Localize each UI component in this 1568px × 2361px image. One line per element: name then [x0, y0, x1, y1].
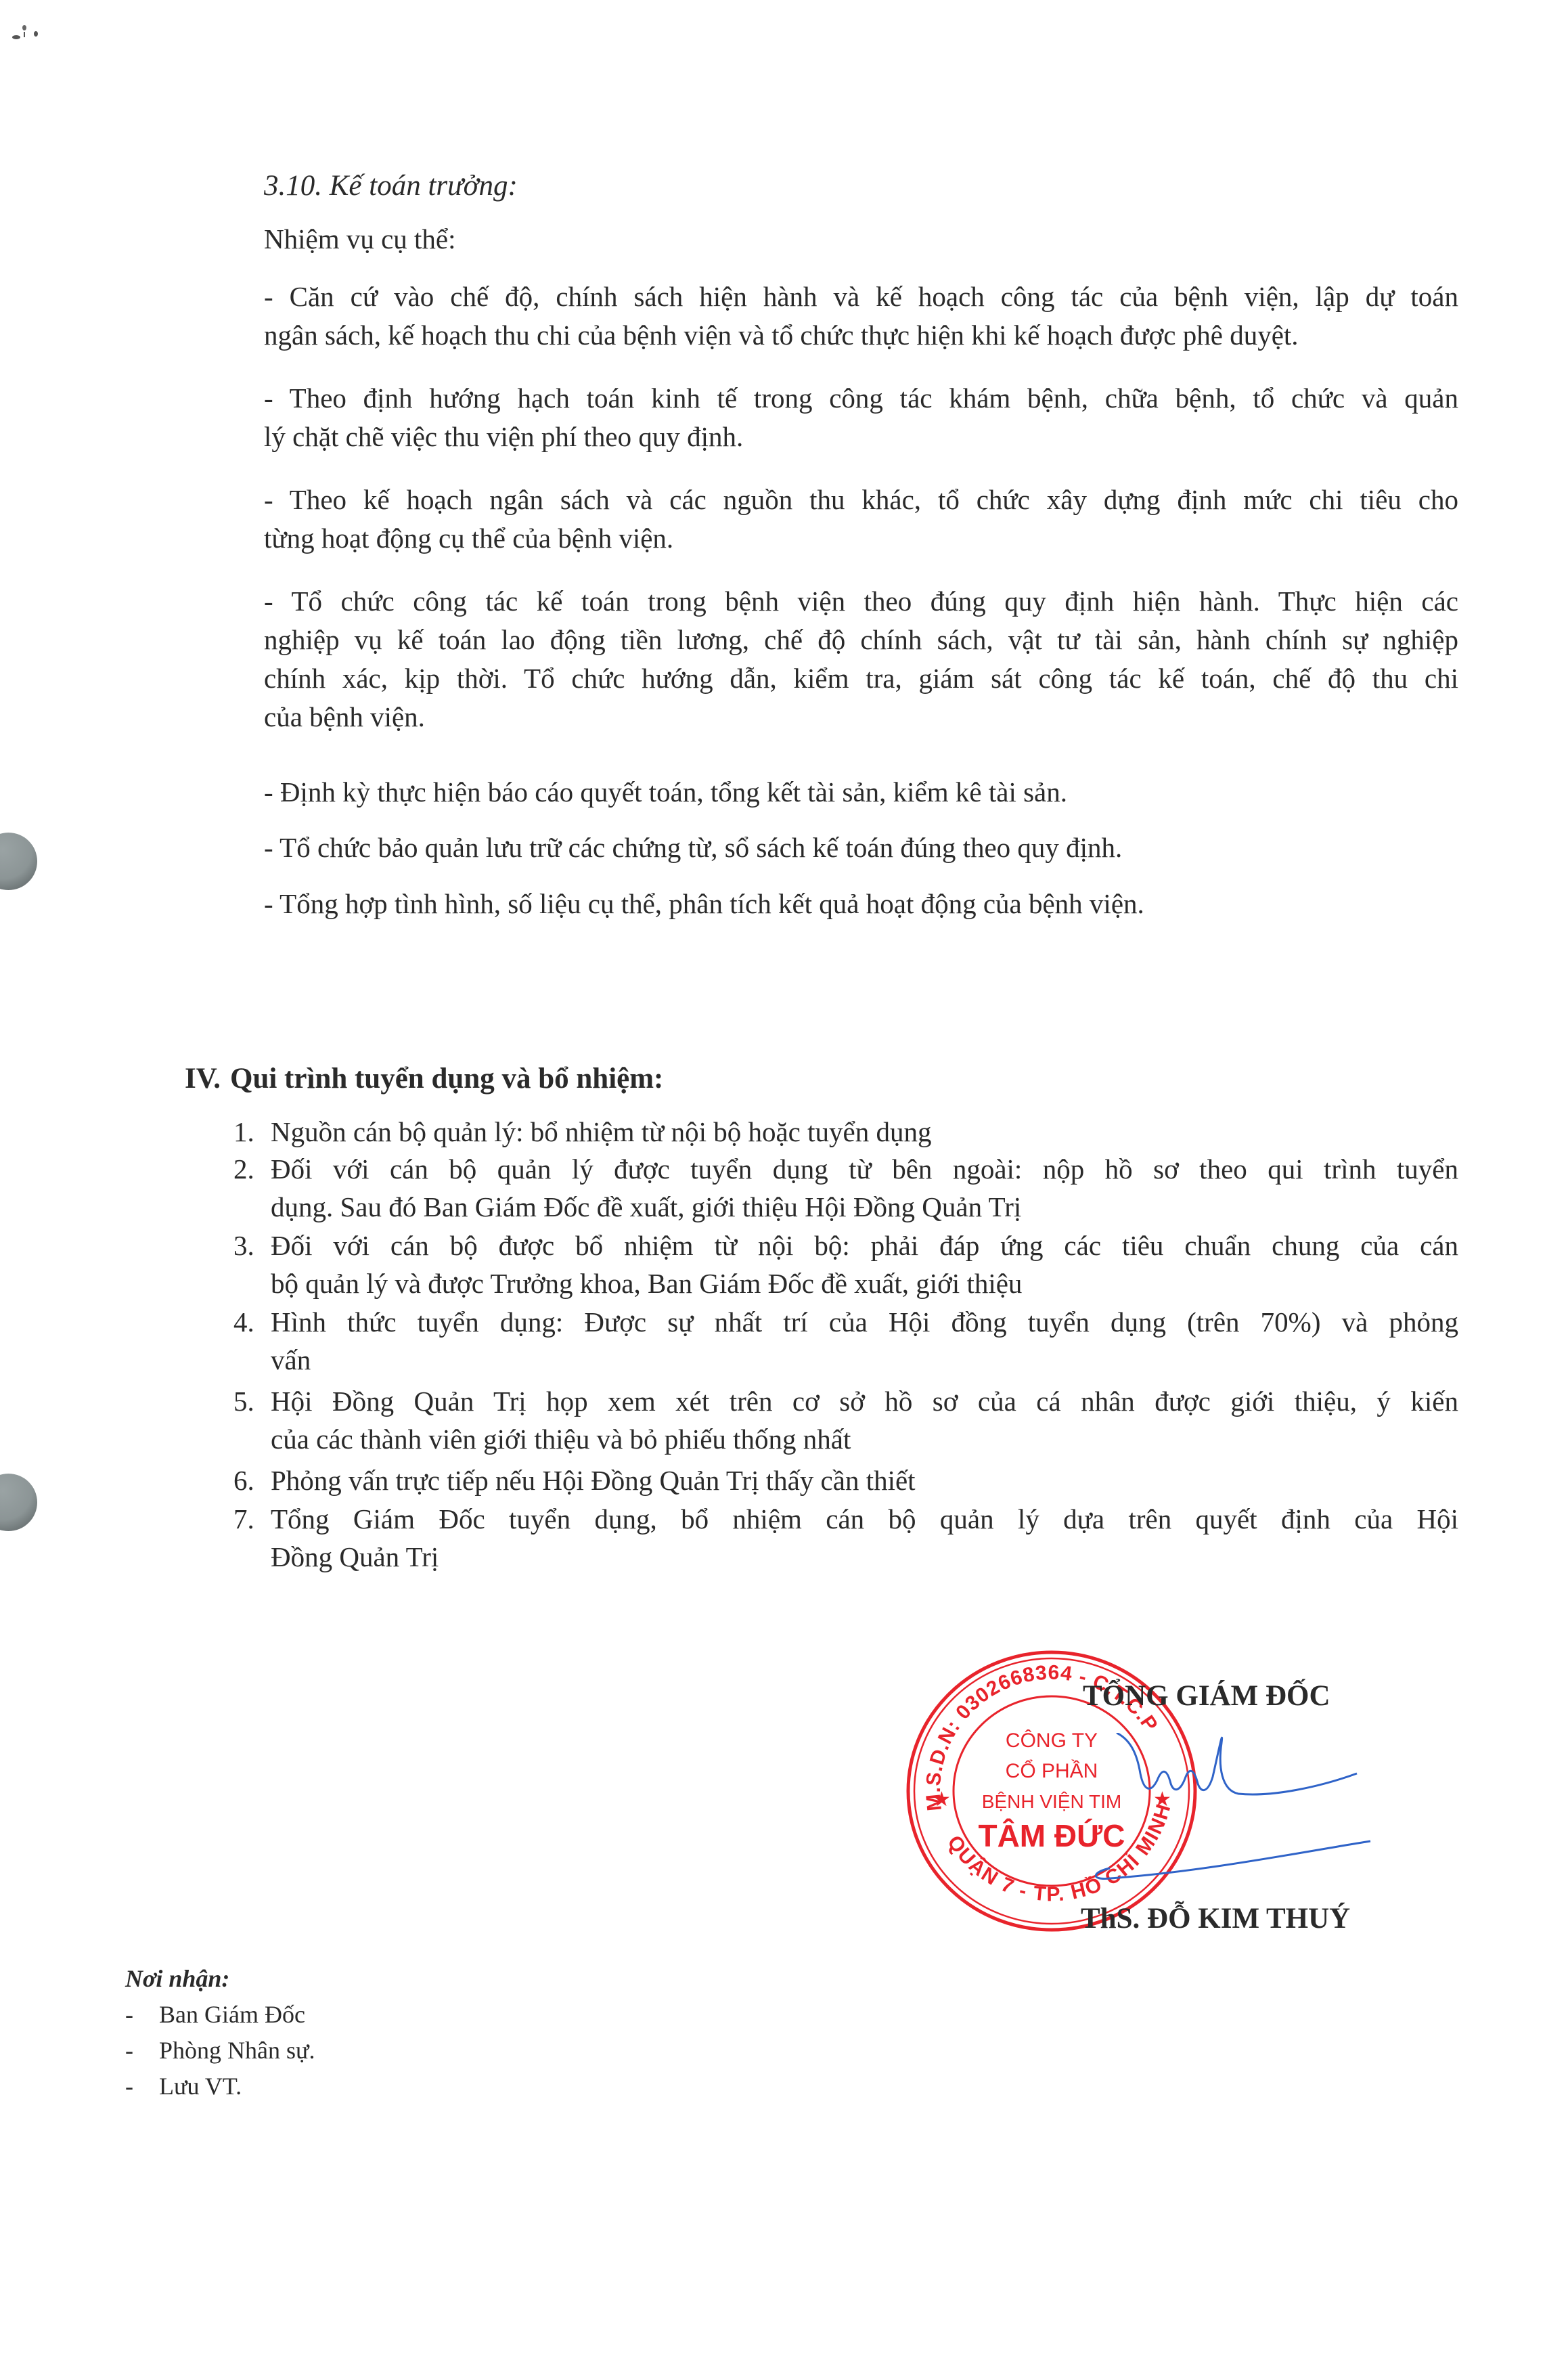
signer-name: ThS. ĐỖ KIM THUÝ — [1081, 1904, 1350, 1933]
scan-specks — [7, 20, 74, 47]
paragraph-line: - Tổ chức công tác kế toán trong bệnh vi… — [264, 588, 1458, 615]
paragraph-line: - Tổng hợp tình hình, số liệu cụ thể, ph… — [264, 890, 1144, 918]
list-item-line: Đối với cán bộ được bổ nhiệm từ nội bộ: … — [271, 1232, 1458, 1260]
handwritten-signature — [1083, 1733, 1394, 1895]
paragraph-line: từng hoạt động cụ thể của bệnh viện. — [264, 525, 673, 552]
recipient-item: Lưu VT. — [159, 2074, 242, 2098]
list-item-line: của các thành viên giới thiệu và bỏ phiế… — [271, 1426, 851, 1453]
recipient-bullet: - — [125, 2074, 133, 2098]
list-item-number: 1. — [233, 1118, 254, 1146]
paragraph-line: ngân sách, kế hoạch thu chi của bệnh việ… — [264, 322, 1299, 349]
recipient-item: Phòng Nhân sự. — [159, 2038, 315, 2062]
paragraph-line: - Định kỳ thực hiện báo cáo quyết toán, … — [264, 778, 1067, 806]
paragraph-line: chính xác, kịp thời. Tổ chức hướng dẫn, … — [264, 665, 1458, 692]
recipient-bullet: - — [125, 2038, 133, 2062]
list-item-line: Đồng Quản Trị — [271, 1543, 439, 1571]
list-item-number: 3. — [233, 1232, 254, 1260]
list-item-line: vấn — [271, 1346, 311, 1374]
list-item-line: Hình thức tuyển dụng: Được sự nhất trí c… — [271, 1308, 1458, 1336]
list-item-number: 4. — [233, 1308, 254, 1336]
paragraph-line: nghiệp vụ kế toán lao động tiền lương, c… — [264, 626, 1458, 654]
paragraph-line: - Theo định hướng hạch toán kinh tế tron… — [264, 384, 1458, 412]
svg-text:★: ★ — [933, 1788, 951, 1811]
recipient-bullet: - — [125, 2002, 133, 2027]
section-subtitle: Nhiệm vụ cụ thể: — [264, 225, 456, 253]
section-title: 3.10. Kế toán trưởng: — [264, 171, 518, 200]
punch-hole-bottom — [0, 1474, 37, 1531]
punch-hole-top — [0, 833, 37, 890]
signer-position: TỔNG GIÁM ĐỐC — [1083, 1681, 1330, 1711]
list-item-line: dụng. Sau đó Ban Giám Đốc đề xuất, giới … — [271, 1193, 1021, 1221]
recipient-item: Ban Giám Đốc — [159, 2002, 305, 2027]
paragraph-line: - Tổ chức bảo quản lưu trữ các chứng từ,… — [264, 834, 1122, 862]
list-item-number: 6. — [233, 1467, 254, 1495]
list-item-line: bộ quản lý và được Trưởng khoa, Ban Giám… — [271, 1270, 1022, 1298]
section-iv-title: Qui trình tuyển dụng và bổ nhiệm: — [230, 1064, 663, 1093]
list-item-number: 7. — [233, 1505, 254, 1533]
section-iv-number: IV. — [185, 1064, 221, 1093]
list-item-line: Đối với cán bộ quản lý được tuyển dụng t… — [271, 1155, 1458, 1183]
paragraph-line: của bệnh viện. — [264, 703, 425, 731]
paragraph-line: lý chặt chẽ việc thu viện phí theo quy đ… — [264, 423, 743, 451]
list-item-number: 5. — [233, 1388, 254, 1415]
list-item-line: Phỏng vấn trực tiếp nếu Hội Đồng Quản Tr… — [271, 1467, 916, 1495]
paragraph-line: - Căn cứ vào chế độ, chính sách hiện hàn… — [264, 283, 1458, 311]
list-item-number: 2. — [233, 1155, 254, 1183]
recipients-label: Nơi nhận: — [125, 1966, 229, 1991]
list-item-line: Tổng Giám Đốc tuyển dụng, bổ nhiệm cán b… — [271, 1505, 1458, 1533]
list-item-line: Nguồn cán bộ quản lý: bổ nhiệm từ nội bộ… — [271, 1118, 931, 1146]
list-item-line: Hội Đồng Quản Trị họp xem xét trên cơ sở… — [271, 1388, 1458, 1415]
paragraph-line: - Theo kế hoạch ngân sách và các nguồn t… — [264, 486, 1458, 514]
